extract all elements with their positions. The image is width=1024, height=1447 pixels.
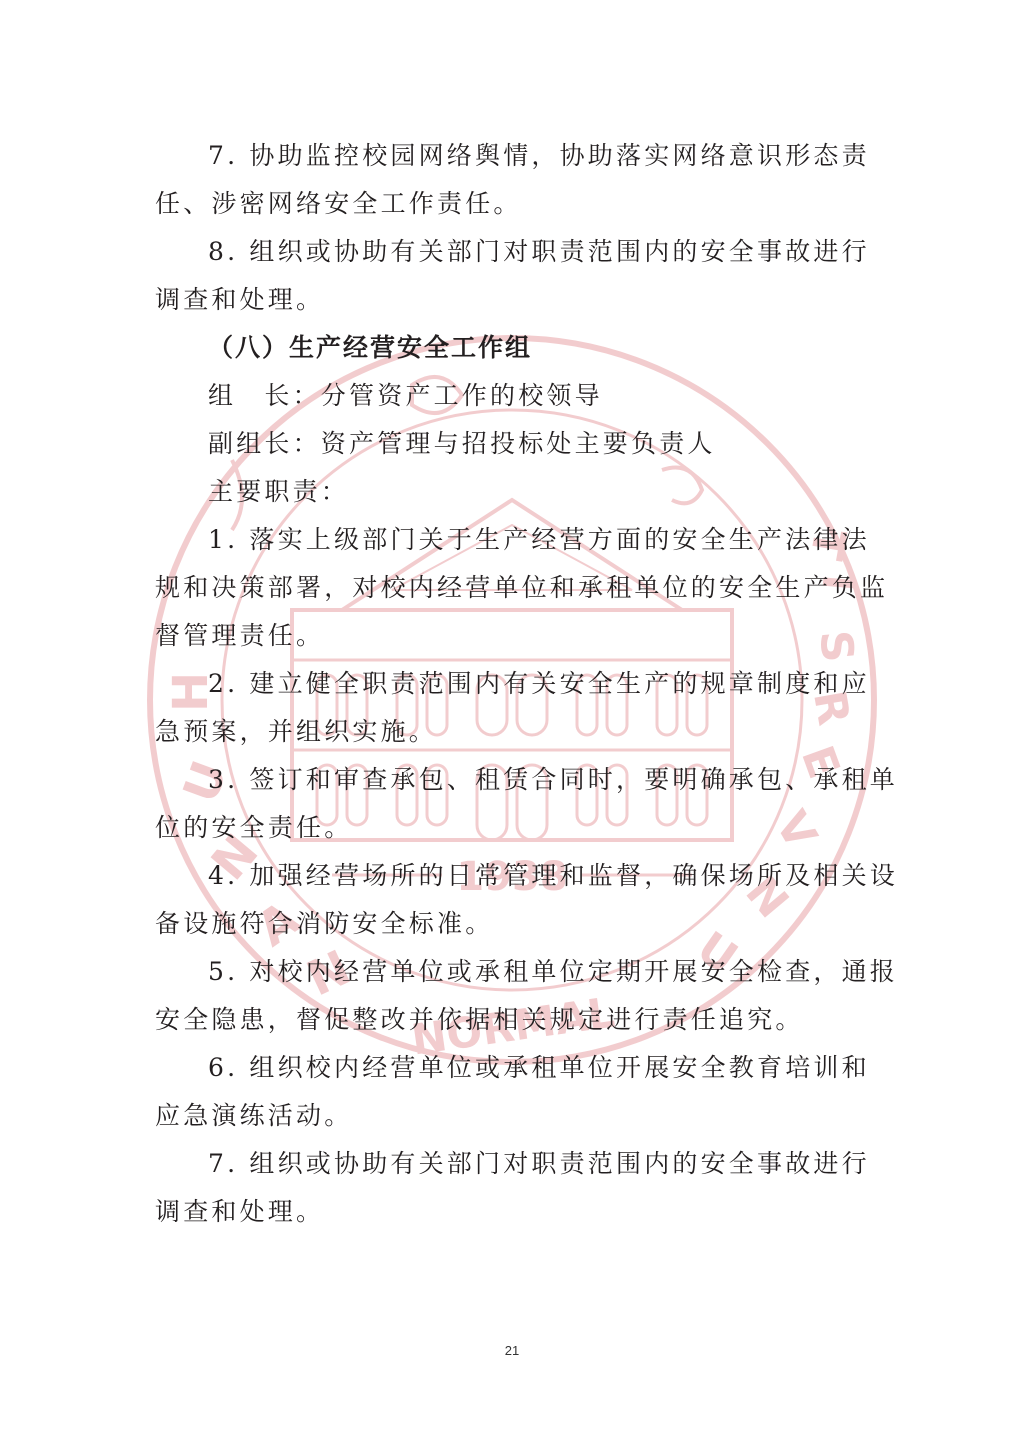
duty-item-4: 4. 加强经营场所的日常管理和监督，确保场所及相关设 xyxy=(155,852,867,900)
duty-item-3: 3. 签订和审查承包、租赁合同时，要明确承包、承租单 xyxy=(155,756,867,804)
section-heading: （八）生产经营安全工作组 xyxy=(155,324,867,372)
paragraph-line: 7. 协助监控校园网络舆情，协助落实网络意识形态责 xyxy=(155,132,867,180)
duty-item-4-cont: 备设施符合消防安全标准。 xyxy=(155,900,867,948)
duties-label: 主要职责： xyxy=(155,468,867,516)
paragraph-line: 任、涉密网络安全工作责任。 xyxy=(155,180,867,228)
duty-item-1-cont: 督管理责任。 xyxy=(155,612,867,660)
group-leader: 组 长：分管资产工作的校领导 xyxy=(155,372,867,420)
document-body: 7. 协助监控校园网络舆情，协助落实网络意识形态责 任、涉密网络安全工作责任。 … xyxy=(155,132,867,1236)
document-page: 1938 H U N A N NORMAL U N V E R S I T 7.… xyxy=(0,0,1024,1447)
paragraph-line: 调查和处理。 xyxy=(155,276,867,324)
duty-item-3-cont: 位的安全责任。 xyxy=(155,804,867,852)
duty-item-1-cont: 规和决策部署，对校内经营单位和承租单位的安全生产负监 xyxy=(155,564,867,612)
duty-item-2-cont: 急预案，并组织实施。 xyxy=(155,708,867,756)
deputy-group-leader: 副组长：资产管理与招投标处主要负责人 xyxy=(155,420,867,468)
duty-item-6: 6. 组织校内经营单位或承租单位开展安全教育培训和 xyxy=(155,1044,867,1092)
duty-item-1: 1. 落实上级部门关于生产经营方面的安全生产法律法 xyxy=(155,516,867,564)
paragraph-line: 8. 组织或协助有关部门对职责范围内的安全事故进行 xyxy=(155,228,867,276)
duty-item-2: 2. 建立健全职责范围内有关安全生产的规章制度和应 xyxy=(155,660,867,708)
duty-item-5-cont: 安全隐患，督促整改并依据相关规定进行责任追究。 xyxy=(155,996,867,1044)
duty-item-7: 7. 组织或协助有关部门对职责范围内的安全事故进行 xyxy=(155,1140,867,1188)
duty-item-7-cont: 调查和处理。 xyxy=(155,1188,867,1236)
duty-item-6-cont: 应急演练活动。 xyxy=(155,1092,867,1140)
page-number: 21 xyxy=(0,1343,1024,1358)
duty-item-5: 5. 对校内经营单位或承租单位定期开展安全检查，通报 xyxy=(155,948,867,996)
